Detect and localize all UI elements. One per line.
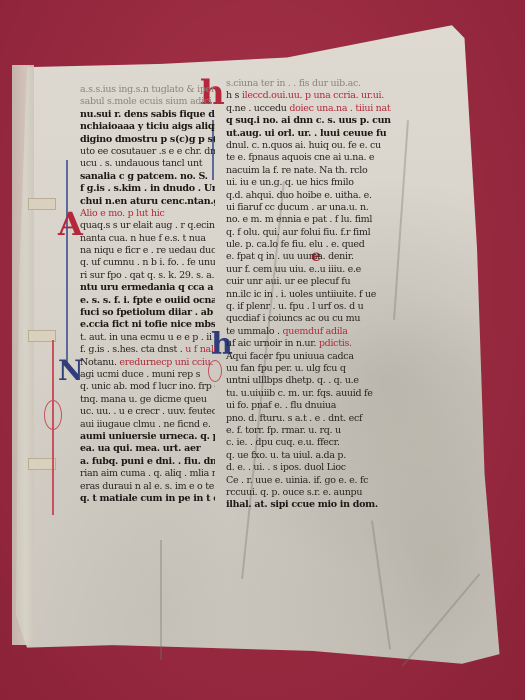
rubric: Alio e mo. p lut hic (80, 208, 165, 219)
text-line: s.ciuna ter in . . fis dur uib.ac. (226, 78, 391, 90)
text-line: e. s. s. f. i. fpte e ouiid ocna pio mmc (80, 295, 215, 307)
pen-flourish-line (66, 160, 68, 365)
rubric: eredurnecp uni cciu. (119, 357, 213, 368)
text-line: chui n.en aturu cenc.ntan.g.p (80, 196, 215, 208)
parchment-crease (160, 540, 162, 660)
text-line: ui fiaruf cc ducum . ar una.u. n. (226, 202, 391, 214)
text-line: q. if plenr . u. fpu . l urf os. d u (226, 301, 391, 313)
text-line: aumi uniuersie urneca. q. p. adui (80, 431, 215, 443)
binding-tab (28, 198, 56, 210)
text-line: digino dmostru p s(c)g p s(i)stic q illo (80, 134, 215, 146)
text-line: tu. u.uiuiib c. m. ur. fqs. auuid fe (226, 388, 391, 400)
text-line: ea. ua qui. mea. urt. aer (80, 443, 215, 455)
text-line: nanta cua. n hue f e.s. t nua (80, 233, 215, 245)
text-column-left: a.s.s.ius ing.s.n tuglato & iperoisabul … (80, 84, 215, 505)
text-line: nacuim la f. re nate. Na th. rclo (226, 165, 391, 177)
text-line: a.s.s.ius ing.s.n tuglato & iperoi (80, 84, 215, 96)
text-line: f. g.is . s.hes. cta dnst . u f nalc (80, 344, 215, 356)
text-line: pno. d. fturu. s a.t . e . dnt. ecf (226, 413, 391, 425)
text-line: uf aic urnoir in n.ur. pdictis. (226, 338, 391, 350)
text-line: q. f olu. qui. aur folui fiu. f.r fiml (226, 227, 391, 239)
text-line: nchiaioaaa y ticiu aigs aliqs (80, 121, 215, 133)
text-column-right: s.ciuna ter in . . fis dur uib.ac.h s il… (226, 78, 391, 512)
text-line: q. ue fxo. u. ta uiul. a.da p. (226, 450, 391, 462)
text-line: ui fo. pnaf e. . flu dnuiua (226, 400, 391, 412)
text-line: Alio e mo. p lut hic (80, 208, 215, 220)
text-line: uc. uu. . u e crecr . uuv. feutec (80, 406, 215, 418)
text-line: h s ileccd.oui.uu. p una ccria. ur.ui. (226, 90, 391, 102)
text-line: nn.ilc ic in . i. uoles untiiuite. f ue (226, 289, 391, 301)
rubric: doiec una.na . tiiui nate. (289, 103, 391, 114)
text-line: quaq.s s ur elait aug . r q.ecina (80, 220, 215, 232)
text-line: a. fubq. puni e dni. . fiu. dn (80, 456, 215, 468)
text-line: sabul s.mole ecuis sium adici (80, 96, 215, 108)
text-line: f g.is . s.kim . in dnudo . Ura (80, 183, 215, 195)
text-line: ri sur fpo . qat q. s. k. 29. s. a. (80, 270, 215, 282)
text-line: ule. p. ca.lo fe fiu. elu . e. qued (226, 239, 391, 251)
text-line: dnul. c. n.quos ai. huiq ou. fe e. cu (226, 140, 391, 152)
text-line: agi ucmi duce . muni rep s (80, 369, 215, 381)
text-line: sanalia c g patcem. no. S. (80, 171, 215, 183)
text-line: qucdiaf i coiuncs ac ou cu mu (226, 313, 391, 325)
text-line: ilhal. at. sipi ccue mio in dom. (226, 499, 391, 511)
text-line: na niqu e ficr e . re uedau duci (80, 245, 215, 257)
text-line: q. uf cumnu . n b i. fo. . fe unuu (80, 257, 215, 269)
text-line: ntu uru ermedania q cca a gnst (80, 282, 215, 294)
text-line: te e. fpnaus aquois cne ai u.na. e (226, 152, 391, 164)
text-line: d. e. . ui. . s ipos. duol Lioc (226, 462, 391, 474)
text-line: e. fpat q in . uu uuma. denir. (226, 251, 391, 263)
text-line: ui. iu e un.g. q. ue hics fmilo (226, 177, 391, 189)
text-line: eras duraui n al e. s. im e o te. (80, 481, 215, 493)
text-line: uto ee cosutauer .s e e chr. dn. (80, 146, 215, 158)
text-line: untni ulllbps dhetp. q. . q. u.e (226, 375, 391, 387)
text-line: tnq. mana u. ge dicme queu (80, 394, 215, 406)
rubric: pdictis. (319, 338, 352, 349)
text-line: t. aut. in una ecmu u e e p . ii d.q (80, 332, 215, 344)
text-line: no. e m. m ennia e pat . f lu. fiml (226, 214, 391, 226)
text-line: Notanu. eredurnecp uni cciu. (80, 357, 215, 369)
text-line: e.ccia fict ni tofie nice mbs. a.ggi (80, 319, 215, 331)
text-line: q suq.i no. ai dnn c. s. uus p. cuna (226, 115, 391, 127)
spine-edge (12, 65, 34, 645)
text-line: ut.aug. ui orl. ur. . luui ceuue fu (226, 128, 391, 140)
text-line: aui iiugaue clmu . ne ficnd e. (80, 419, 215, 431)
text-line: rccuui. q. p. ouce s.r. e. aunpu (226, 487, 391, 499)
text-line: Aqui facer fpu uniuua cadca (226, 351, 391, 363)
rubric: ileccd.oui.uu. p una ccria. ur.ui. (242, 90, 384, 101)
rubric: quemduf adila (282, 326, 347, 337)
text-line: cuir unr aui. ur ee plecuf fu (226, 276, 391, 288)
text-line: te ummalo . quemduf adila (226, 326, 391, 338)
pen-flourish (44, 400, 62, 430)
text-line: q.d. ahqui. duo hoibe e. uitha. e. (226, 190, 391, 202)
rubric: u f nalc (185, 344, 215, 355)
text-line: c. ie. . dpu cuq. e.u. ffecr. (226, 437, 391, 449)
text-line: rian aim cuma . q. aliq . mlia ne (80, 468, 215, 480)
text-line: ucu . s. undauous tancl unt (80, 158, 215, 170)
text-line: e. f. torr. fp. rmar. u. rq. u (226, 425, 391, 437)
text-line: q.ne . uccedu doiec una.na . tiiui nate. (226, 103, 391, 115)
text-line: uur f. cem uu uiu. e..u iiiu. e.e (226, 264, 391, 276)
text-line: q. unic ab. mod f lucr ino. frp e tro (80, 381, 215, 393)
text-line: fuci so fpetiolum diiar . ab n.ua (80, 307, 215, 319)
text-line: uu fan fpu per. u. ulg fcu q (226, 363, 391, 375)
text-line: q. t matiale cum in pe in t o . s (80, 493, 215, 505)
text-line: nu.sui r. dens sabis fique de hlg (80, 109, 215, 121)
text-line: Ce . r. uue e. uinia. if. go e. e. fc (226, 475, 391, 487)
